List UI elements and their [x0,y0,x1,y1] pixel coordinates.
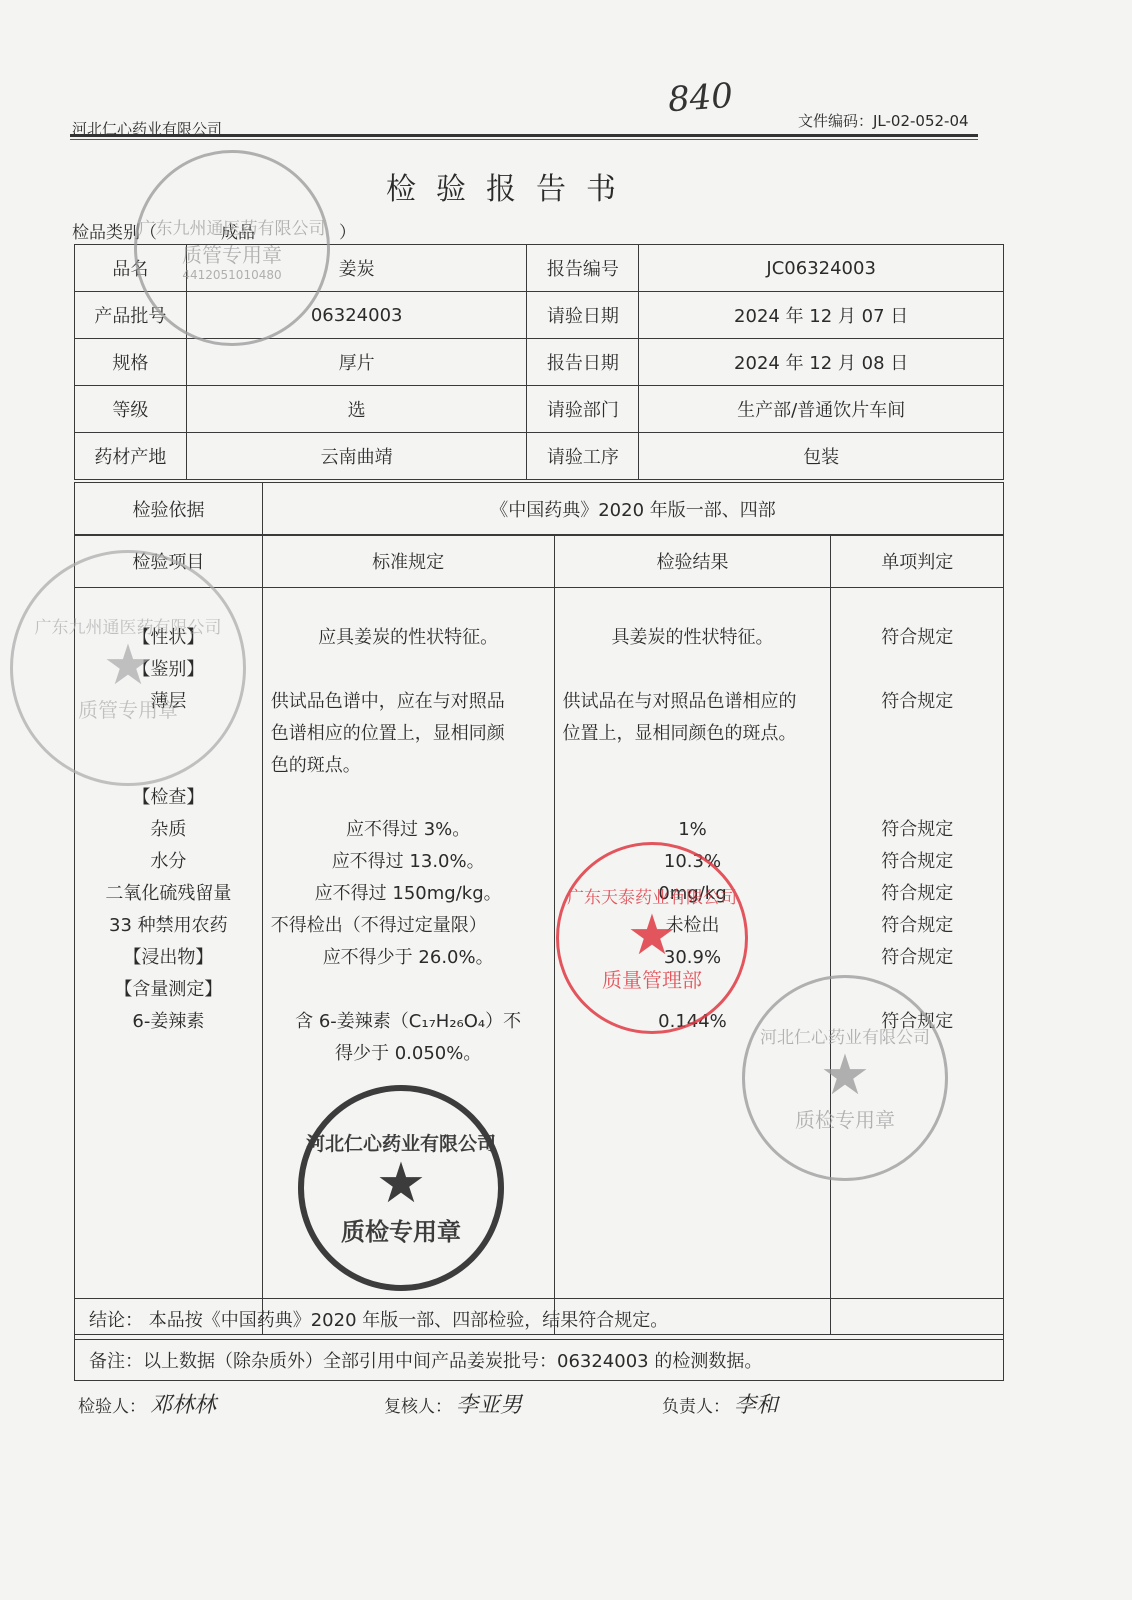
judgment-line: 符合规定 [831,910,1003,942]
result-line: 1% [555,814,831,846]
standard-line: 得少于 0.050%。 [263,1038,554,1070]
info-label: 规格 [75,339,187,386]
info-value2: 2024 年 12 月 08 日 [639,339,1004,386]
conclusion: 结论： 本品按《中国药典》2020 年版一部、四部检验，结果符合规定。 [75,1299,1004,1340]
info-value: 厚片 [186,339,527,386]
item-line: 33 种禁用农药 [75,910,262,942]
standard-line: 供试品色谱中，应在与对照品 [263,686,554,718]
info-row: 产品批号06324003请验日期2024 年 12 月 07 日 [75,292,1004,339]
result-line [555,654,831,686]
item-line: 【检查】 [75,782,262,814]
footer-table: 结论： 本品按《中国药典》2020 年版一部、四部检验，结果符合规定。 备注：以… [74,1298,1004,1381]
header-judgment: 单项判定 [831,535,1004,588]
reviewer-sig: 李亚男 [456,1393,522,1418]
category-close: ） [339,223,356,243]
handwritten-note: 840 [667,76,735,120]
judgment-line [831,974,1003,1006]
info-row: 药材产地云南曲靖请验工序包装 [75,433,1004,480]
info-label2: 请验部门 [527,386,639,433]
basis-table: 检验依据 《中国药典》2020 年版一部、四部 [74,482,1004,536]
result-line [555,974,831,1006]
info-value2: 2024 年 12 月 07 日 [639,292,1004,339]
item-line: 【性状】 [75,622,262,654]
standard-line: 色谱相应的位置上，显相同颜 [263,718,554,750]
info-row: 等级选请验部门生产部/普通饮片车间 [75,386,1004,433]
result-line [555,782,831,814]
info-label2: 请验日期 [527,292,639,339]
result-line: 10.3% [555,846,831,878]
item-line: 杂质 [75,814,262,846]
info-label2: 请验工序 [527,433,639,480]
info-value: 云南曲靖 [186,433,527,480]
category-value: 成品 [221,223,255,243]
category-label: 检品类别（ [72,223,157,243]
inspector-sig: 邓林林 [150,1393,216,1418]
standard-line [263,782,554,814]
item-line: 【浸出物】 [75,942,262,974]
item-line: 【含量测定】 [75,974,262,1006]
standard-line: 应不得过 150mg/kg。 [263,878,554,910]
header-result: 检验结果 [554,535,831,588]
judgment-line: 符合规定 [831,622,1003,654]
inspector-label: 检验人： [78,1397,146,1417]
sample-category: 检品类别（成品） [72,218,356,243]
info-value2: 包装 [639,433,1004,480]
standard-line: 应不得过 13.0%。 [263,846,554,878]
info-table: 品名姜炭报告编号JC06324003产品批号06324003请验日期2024 年… [74,244,1004,480]
info-row: 品名姜炭报告编号JC06324003 [75,245,1004,292]
standard-line: 含 6-姜辣素（C₁₇H₂₆O₄）不 [263,1006,554,1038]
responsible-sig: 李和 [734,1393,778,1418]
inspector-signature: 检验人：邓林林 [78,1388,216,1419]
standard-line [263,654,554,686]
item-line: 【鉴别】 [75,654,262,686]
info-value2: 生产部/普通饮片车间 [639,386,1004,433]
header-standard: 标准规定 [262,535,554,588]
info-label2: 报告编号 [527,245,639,292]
judgment-line: 符合规定 [831,878,1003,910]
info-label: 药材产地 [75,433,187,480]
result-line: 供试品在与对照品色谱相应的 [555,686,831,718]
standard-line: 色的斑点。 [263,750,554,782]
document-code: 文件编码：JL-02-052-04 [798,110,969,131]
items-column: 【性状】【鉴别】薄层【检查】杂质水分二氧化硫残留量33 种禁用农药【浸出物】【含… [75,588,263,1335]
responsible-label: 负责人： [662,1397,730,1417]
page-title: 检验报告书 [386,164,636,208]
standards-column: 应具姜炭的性状特征。供试品色谱中，应在与对照品色谱相应的位置上，显相同颜色的斑点… [262,588,554,1335]
tests-table: 检验项目 标准规定 检验结果 单项判定 【性状】【鉴别】薄层【检查】杂质水分二氧… [74,534,1004,1335]
responsible-signature: 负责人：李和 [662,1388,778,1419]
info-value2: JC06324003 [639,245,1004,292]
item-line [75,718,262,750]
result-line: 具姜炭的性状特征。 [555,622,831,654]
item-line: 二氧化硫残留量 [75,878,262,910]
standard-line: 应不得过 3%。 [263,814,554,846]
judgment-line: 符合规定 [831,1006,1003,1038]
standard-line [263,974,554,1006]
info-label2: 报告日期 [527,339,639,386]
info-label: 产品批号 [75,292,187,339]
result-line: 30.9% [555,942,831,974]
judgment-line [831,750,1003,782]
item-line: 6-姜辣素 [75,1006,262,1038]
result-line: 0mg/kg [555,878,831,910]
result-line: 未检出 [555,910,831,942]
judgments-column: 符合规定符合规定符合规定符合规定符合规定符合规定符合规定符合规定 [831,588,1004,1335]
judgment-line [831,718,1003,750]
header-rule [70,134,978,137]
judgment-line: 符合规定 [831,686,1003,718]
info-label: 等级 [75,386,187,433]
result-line [555,750,831,782]
judgment-line [831,782,1003,814]
reviewer-signature: 复核人：李亚男 [384,1388,522,1419]
result-line: 位置上，显相同颜色的斑点。 [555,718,831,750]
remark: 备注：以上数据（除杂质外）全部引用中间产品姜炭批号：06324003 的检测数据… [75,1340,1004,1381]
item-line: 水分 [75,846,262,878]
result-line: 0.144% [555,1006,831,1038]
item-line: 薄层 [75,686,262,718]
header-item: 检验项目 [75,535,263,588]
judgment-line [831,654,1003,686]
info-label: 品名 [75,245,187,292]
info-value: 姜炭 [186,245,527,292]
judgment-line: 符合规定 [831,942,1003,974]
basis-value: 《中国药典》2020 年版一部、四部 [263,483,1004,536]
results-column: 具姜炭的性状特征。供试品在与对照品色谱相应的位置上，显相同颜色的斑点。1%10.… [554,588,831,1335]
info-row: 规格厚片报告日期2024 年 12 月 08 日 [75,339,1004,386]
judgment-line: 符合规定 [831,846,1003,878]
standard-line: 应具姜炭的性状特征。 [263,622,554,654]
header-rule-thin [70,139,978,140]
standard-line: 不得检出（不得过定量限） [263,910,554,942]
reviewer-label: 复核人： [384,1397,452,1417]
standard-line: 应不得少于 26.0%。 [263,942,554,974]
judgment-line: 符合规定 [831,814,1003,846]
info-value: 06324003 [186,292,527,339]
basis-label: 检验依据 [75,483,263,536]
info-value: 选 [186,386,527,433]
item-line [75,750,262,782]
